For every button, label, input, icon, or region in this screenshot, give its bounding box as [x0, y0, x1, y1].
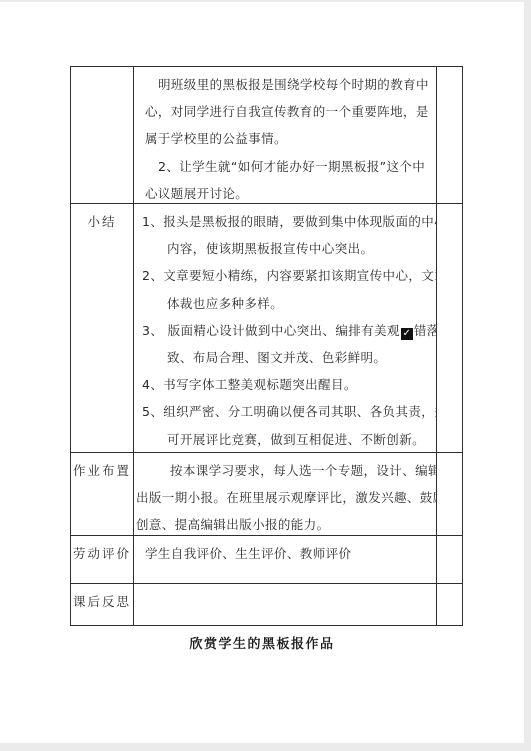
page-edge-top [0, 0, 531, 2]
content-line: 按本课学习要求，每人选一个专题，设计、编辑、 [134, 457, 436, 484]
row-extra-cell [436, 67, 462, 203]
checked-box-icon: ✓ [401, 328, 413, 340]
content-line: 出版一期小报。在班里展示观摩评比，激发兴趣、鼓励 [134, 484, 436, 511]
row-label: 作业布置 [71, 453, 134, 535]
text-segment: 明班级里的黑板报是围绕学校每个时期的教育中 [158, 77, 429, 92]
text-segment: 出版一期小报。在班里展示观摩评比，激发兴趣、鼓励 [136, 490, 436, 505]
artwork-caption: 欣赏学生的黑板报作品 [0, 633, 524, 652]
row-content: 明班级里的黑板报是围绕学校每个时期的教育中心，对同学进行自我宣传教育的一个重要阵… [134, 67, 436, 203]
content-line: 致、布局合理、图文并茂、色彩鲜明。 [134, 344, 436, 371]
row-extra-cell [436, 536, 462, 583]
page-edge-bottom [0, 743, 531, 751]
row-content [134, 584, 436, 625]
content-line: 属于学校里的公益事情。 [134, 125, 436, 152]
text-segment: 按本课学习要求，每人选一个专题，设计、编辑、 [170, 463, 436, 478]
text-segment: 3、 版面精心设计做到中心突出、编排有美观 [142, 323, 400, 338]
content-line: 4、书写字体工整美观标题突出醒目。 [134, 371, 436, 398]
row-content: 1、报头是黑板报的眼睛，要做到集中体现版面的中心内容，使该期黑板报宣传中心突出。… [134, 204, 436, 452]
page-edge-right [524, 0, 531, 751]
content-line: 内容，使该期黑板报宣传中心突出。 [134, 235, 436, 262]
text-segment: 2、文章要短小精练，内容要紧扣该期宣传中心，文章 [142, 268, 436, 283]
content-line: 明班级里的黑板报是围绕学校每个时期的教育中 [134, 71, 436, 98]
content-line: 心议题展开讨论。 [134, 180, 436, 203]
content-line: 2、让学生就“如何才能办好一期黑板报”这个中 [134, 153, 436, 180]
table-row: 劳动评价学生自我评价、生生评价、教师评价 [71, 536, 462, 584]
content-line: 5、组织严密、分工明确以便各司其职、各负其责，并 [134, 398, 436, 425]
content-line: 3、 版面精心设计做到中心突出、编排有美观✓错落有 [134, 317, 436, 344]
text-segment: 体裁也应多种多样。 [167, 296, 283, 311]
text-segment: 心议题展开讨论。 [145, 186, 248, 201]
row-label: 小结 [71, 204, 134, 452]
row-label [71, 67, 134, 203]
content-line: 1、报头是黑板报的眼睛，要做到集中体现版面的中心 [134, 208, 436, 235]
content-line: 2、文章要短小精练，内容要紧扣该期宣传中心，文章 [134, 262, 436, 289]
table-row: 课后反思 [71, 584, 462, 625]
content-line: 创意、提高编辑出版小报的能力。 [134, 511, 436, 535]
text-segment: 可开展评比竞赛，做到互相促进、不断创新。 [167, 432, 425, 447]
table-row: 明班级里的黑板报是围绕学校每个时期的教育中心，对同学进行自我宣传教育的一个重要阵… [71, 67, 462, 204]
text-segment: 属于学校里的公益事情。 [145, 131, 287, 146]
table-row: 作业布置按本课学习要求，每人选一个专题，设计、编辑、出版一期小报。在班里展示观摩… [71, 453, 462, 536]
content-line: 体裁也应多种多样。 [134, 290, 436, 317]
table-row: 小结1、报头是黑板报的眼睛，要做到集中体现版面的中心内容，使该期黑板报宣传中心突… [71, 204, 462, 453]
text-segment: 致、布局合理、图文并茂、色彩鲜明。 [167, 350, 386, 365]
row-content: 学生自我评价、生生评价、教师评价 [134, 536, 436, 583]
content-line: 学生自我评价、生生评价、教师评价 [134, 540, 436, 567]
row-extra-cell [436, 584, 462, 625]
text-segment: 1、报头是黑板报的眼睛，要做到集中体现版面的中心 [142, 214, 436, 229]
content-line: 可开展评比竞赛，做到互相促进、不断创新。 [134, 426, 436, 452]
row-extra-cell [436, 453, 462, 535]
text-segment: 学生自我评价、生生评价、教师评价 [145, 546, 351, 561]
row-label: 课后反思 [71, 584, 134, 625]
text-segment: 错落有 [414, 323, 436, 338]
text-segment: 心，对同学进行自我宣传教育的一个重要阵地，是 [145, 104, 429, 119]
text-segment: 2、让学生就“如何才能办好一期黑板报”这个中 [158, 159, 425, 174]
content-line: 心，对同学进行自我宣传教育的一个重要阵地，是 [134, 98, 436, 125]
row-content: 按本课学习要求，每人选一个专题，设计、编辑、出版一期小报。在班里展示观摩评比，激… [134, 453, 436, 535]
text-segment: 内容，使该期黑板报宣传中心突出。 [167, 241, 373, 256]
text-segment: 创意、提高编辑出版小报的能力。 [136, 517, 330, 532]
row-extra-cell [436, 204, 462, 452]
lesson-table: 明班级里的黑板报是围绕学校每个时期的教育中心，对同学进行自我宣传教育的一个重要阵… [70, 66, 463, 626]
text-segment: 4、书写字体工整美观标题突出醒目。 [142, 377, 357, 392]
text-segment: 5、组织严密、分工明确以便各司其职、各负其责，并 [142, 404, 436, 419]
row-label: 劳动评价 [71, 536, 134, 583]
